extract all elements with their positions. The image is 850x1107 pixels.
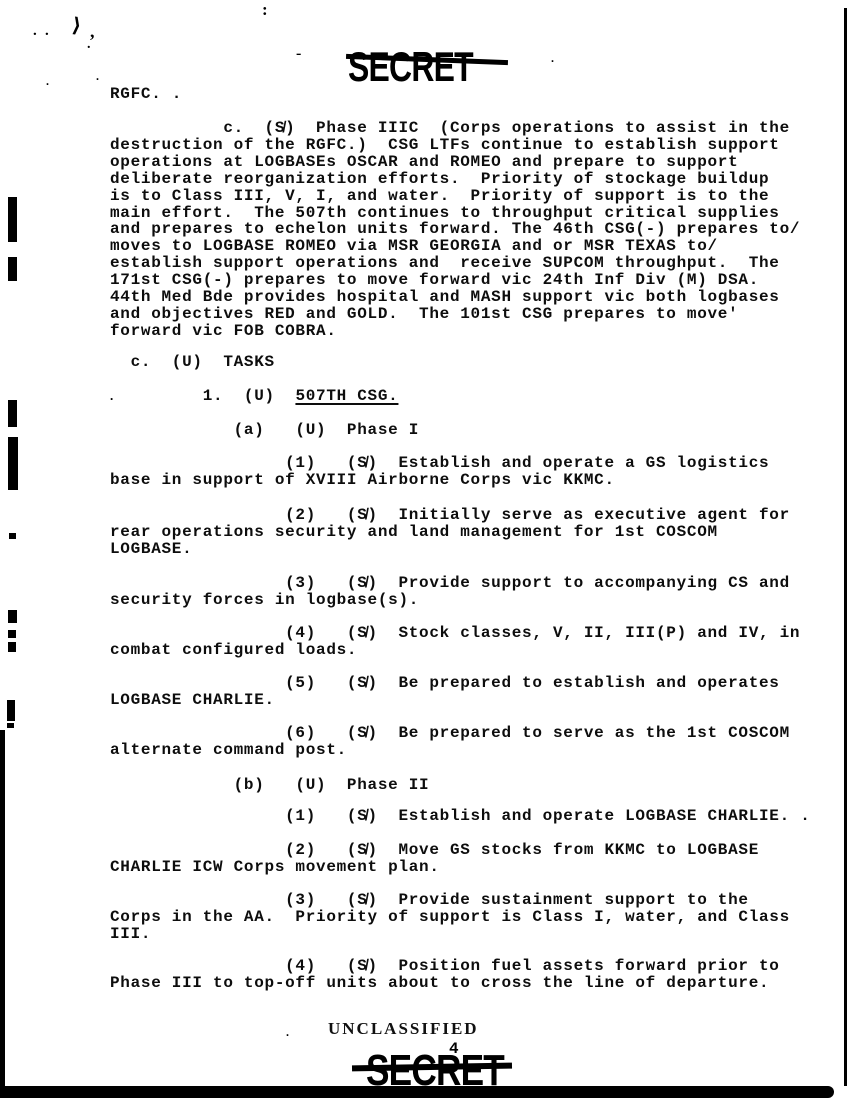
phase1-heading: (a) (U) Phase I (110, 422, 419, 439)
pen-mark: . (110, 389, 113, 402)
phase2-heading: (b) (U) Phase II (110, 777, 429, 794)
phase2-item-1: (1) (S̸) Establish and operate LOGBASE C… (110, 808, 811, 825)
classification-stamp-top: SECRET (348, 46, 473, 88)
phase1-item-5: (5) (S̸) Be prepared to establish and op… (110, 675, 780, 709)
left-edge-mark (7, 700, 15, 721)
pen-mark: . (33, 24, 37, 39)
pen-mark: . (96, 70, 99, 82)
left-edge-mark (9, 533, 16, 539)
pen-mark: . (286, 1026, 289, 1038)
right-edge-line (844, 8, 847, 1086)
pen-mark: : (262, 1, 268, 18)
phase1-item-2: (2) (S̸) Initially serve as executive ag… (110, 507, 790, 558)
left-edge-mark (8, 400, 17, 427)
scanned-document-page: SECRET RGFC. . c. (S̸) Phase IIIC (Corps… (0, 0, 850, 1107)
phase2-item-2: (2) (S̸) Move GS stocks from KKMC to LOG… (110, 842, 759, 876)
phase1-item-1: (1) (S̸) Establish and operate a GS logi… (110, 455, 769, 489)
phase2-item-3: (3) (S̸) Provide sustainment support to … (110, 892, 790, 943)
pen-mark: . (45, 24, 49, 39)
doc-line-rgfc: RGFC. . (110, 86, 182, 103)
phase2-item-4: (4) (S̸) Position fuel assets forward pr… (110, 958, 780, 992)
unclassified-label: UNCLASSIFIED (328, 1019, 479, 1039)
pen-mark: , (90, 22, 95, 40)
left-edge-mark (7, 723, 14, 728)
left-edge-mark (8, 257, 17, 281)
bottom-scan-bar (0, 1086, 834, 1098)
phase1-item-6: (6) (S̸) Be prepared to serve as the 1st… (110, 725, 790, 759)
left-edge-mark (8, 610, 17, 623)
pen-mark: . (87, 38, 91, 52)
paragraph-c-phase-iiic: c. (S̸) Phase IIIC (Corps operations to … (110, 120, 800, 340)
csg507-heading-prefix: 1. (U) (110, 387, 295, 405)
csg507-title-underlined: 507TH CSG. (295, 387, 398, 405)
left-edge-mark (8, 630, 16, 638)
phase1-item-4: (4) (S̸) Stock classes, V, II, III(P) an… (110, 625, 800, 659)
pen-mark: . (46, 75, 49, 87)
tasks-heading: c. (U) TASKS (110, 354, 275, 371)
left-edge-mark (8, 642, 16, 652)
pen-mark: . (551, 52, 554, 64)
left-edge-mark (8, 437, 18, 490)
left-edge-line (0, 730, 5, 1088)
csg507-heading: 1. (U) 507TH CSG. (110, 388, 398, 405)
pen-mark: ⟩ (71, 15, 83, 36)
pen-mark: - (296, 46, 301, 62)
phase1-item-3: (3) (S̸) Provide support to accompanying… (110, 575, 790, 609)
left-edge-mark (8, 197, 17, 242)
